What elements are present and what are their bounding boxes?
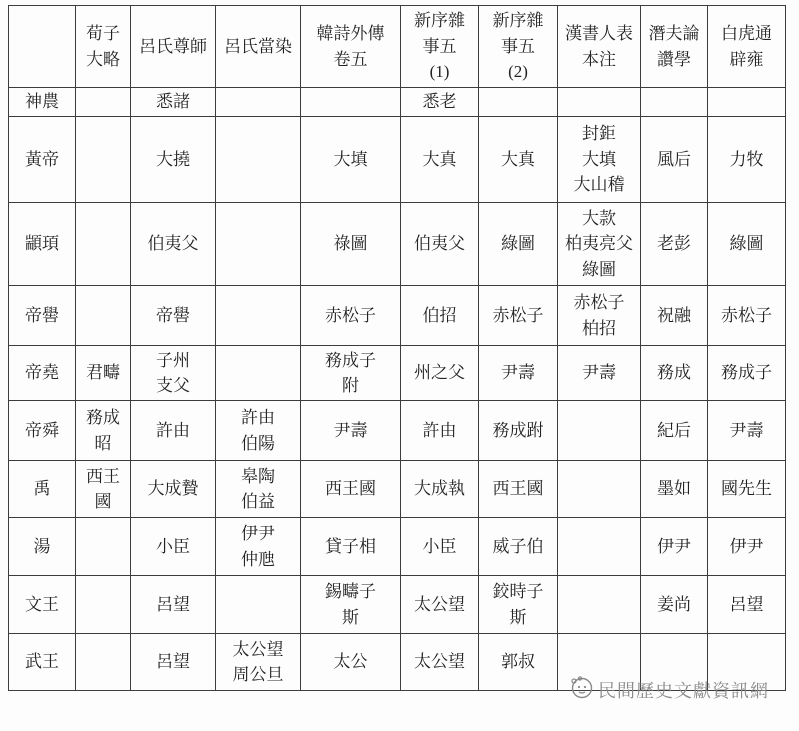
table-cell: 紀后: [641, 401, 708, 461]
table-cell: 赤松子: [301, 286, 401, 346]
table-cell: 郭叔: [479, 634, 558, 691]
table-row: 文王 呂望 錫疇子 斯 太公望 鉸時子 斯 姜尚 呂望: [9, 576, 786, 634]
table-cell: [641, 88, 708, 117]
table-body: 神農 悉諸 悉老 黃帝 大撓 大填 大真 大真 封鉅 大填 大山稽: [9, 88, 786, 691]
table-cell: 悉老: [401, 88, 479, 117]
row-header: 帝嚳: [9, 286, 76, 346]
table-cell: 呂望: [708, 576, 786, 634]
table-cell: 大真: [401, 117, 479, 203]
table-cell: [301, 88, 401, 117]
table-cell: 西王 國: [76, 461, 131, 518]
table-cell: 大款 柏夷亮父 綠圖: [558, 203, 641, 286]
table-cell: 尹壽: [301, 401, 401, 461]
column-header-hanshi-waizhuan: 韓詩外傳 卷五: [301, 6, 401, 88]
row-header: 帝堯: [9, 346, 76, 401]
header-row: 荀子 大略 呂氏尊師 呂氏當染 韓詩外傳 卷五 新序雜 事五 (1) 新序雜 事…: [9, 6, 786, 88]
row-header: 顓頊: [9, 203, 76, 286]
table-cell: [76, 88, 131, 117]
table-row: 帝舜 務成 昭 許由 許由 伯陽 尹壽 許由 務成跗 紀后 尹壽: [9, 401, 786, 461]
table-row: 黃帝 大撓 大填 大真 大真 封鉅 大填 大山稽 風后 力牧: [9, 117, 786, 203]
table-row: 帝嚳 帝嚳 赤松子 伯招 赤松子 赤松子 柏招 祝融 赤松子: [9, 286, 786, 346]
table-cell: [216, 286, 301, 346]
row-header: 武王: [9, 634, 76, 691]
table-cell: 貸子相: [301, 518, 401, 576]
row-header: 文王: [9, 576, 76, 634]
table-cell: 力牧: [708, 117, 786, 203]
table-cell: 州之父: [401, 346, 479, 401]
table-row: 禹 西王 國 大成贄 皋陶 伯益 西王國 大成執 西王國 墨如 國先生: [9, 461, 786, 518]
table-cell: [558, 401, 641, 461]
watermark-text: 民間歷史文獻資訊網: [598, 677, 769, 703]
table-cell: 祿圖: [301, 203, 401, 286]
table-cell: 務成子 附: [301, 346, 401, 401]
table-cell: 君疇: [76, 346, 131, 401]
table-cell: 許由 伯陽: [216, 401, 301, 461]
table-cell: [558, 88, 641, 117]
table-cell: [76, 634, 131, 691]
table-cell: 赤松子: [708, 286, 786, 346]
table-row: 湯 小臣 伊尹 仲虺 貸子相 小臣 威子伯 伊尹 伊尹: [9, 518, 786, 576]
table-cell: 伯夷父: [131, 203, 216, 286]
table-cell: 悉諸: [131, 88, 216, 117]
column-header-baihutong: 白虎通 辟雍: [708, 6, 786, 88]
column-header-xunzi: 荀子 大略: [76, 6, 131, 88]
table-cell: 西王國: [301, 461, 401, 518]
table-cell: 大成執: [401, 461, 479, 518]
column-header-xinxu-1: 新序雜 事五 (1): [401, 6, 479, 88]
table-cell: 老彭: [641, 203, 708, 286]
table-cell: 大成贄: [131, 461, 216, 518]
table-row: 帝堯 君疇 子州 支父 務成子 附 州之父 尹壽 尹壽 務成 務成子: [9, 346, 786, 401]
table-cell: 呂望: [131, 576, 216, 634]
column-header-hanshu-renbiao: 漢書人表 本注: [558, 6, 641, 88]
table-cell: [558, 518, 641, 576]
row-header: 黃帝: [9, 117, 76, 203]
table-cell: [216, 203, 301, 286]
table-cell: [479, 88, 558, 117]
table-cell: 姜尚: [641, 576, 708, 634]
column-header-lvshi-dangran: 呂氏當染: [216, 6, 301, 88]
table-cell: 墨如: [641, 461, 708, 518]
teachers-of-sage-kings-table: 荀子 大略 呂氏尊師 呂氏當染 韓詩外傳 卷五 新序雜 事五 (1) 新序雜 事…: [8, 5, 786, 691]
table-row: 神農 悉諸 悉老: [9, 88, 786, 117]
table-cell: 綠圖: [708, 203, 786, 286]
table-cell: [76, 576, 131, 634]
table-cell: 子州 支父: [131, 346, 216, 401]
table-cell: 大撓: [131, 117, 216, 203]
table-cell: 小臣: [131, 518, 216, 576]
table-cell: 風后: [641, 117, 708, 203]
table-cell: 伊尹: [708, 518, 786, 576]
document-page: 荀子 大略 呂氏尊師 呂氏當染 韓詩外傳 卷五 新序雜 事五 (1) 新序雜 事…: [0, 0, 799, 731]
table-cell: 綠圖: [479, 203, 558, 286]
table-cell: 鉸時子 斯: [479, 576, 558, 634]
table-cell: [76, 117, 131, 203]
table-cell: 國先生: [708, 461, 786, 518]
table-cell: 務成子: [708, 346, 786, 401]
table-cell: [76, 518, 131, 576]
table-cell: 務成: [641, 346, 708, 401]
table-cell: 許由: [131, 401, 216, 461]
column-header-xinxu-2: 新序雜 事五 (2): [479, 6, 558, 88]
table-cell: [216, 576, 301, 634]
table-cell: 務成跗: [479, 401, 558, 461]
table-cell: [708, 88, 786, 117]
table-cell: 大真: [479, 117, 558, 203]
table-cell: 太公望: [401, 576, 479, 634]
table-cell: 西王國: [479, 461, 558, 518]
row-header: 禹: [9, 461, 76, 518]
table-cell: 威子伯: [479, 518, 558, 576]
row-header: 湯: [9, 518, 76, 576]
corner-cell: [9, 6, 76, 88]
table-cell: [76, 203, 131, 286]
table-cell: 大填: [301, 117, 401, 203]
row-header: 帝舜: [9, 401, 76, 461]
table-cell: 太公: [301, 634, 401, 691]
row-header: 神農: [9, 88, 76, 117]
table-cell: 太公望: [401, 634, 479, 691]
column-header-qianfulun: 潛夫論 讚學: [641, 6, 708, 88]
table-cell: 錫疇子 斯: [301, 576, 401, 634]
table-cell: 太公望 周公旦: [216, 634, 301, 691]
table-cell: 祝融: [641, 286, 708, 346]
watermark: 民間歷史文獻資訊網: [568, 674, 769, 705]
table-cell: 尹壽: [558, 346, 641, 401]
table-cell: 伯夷父: [401, 203, 479, 286]
table-cell: 尹壽: [708, 401, 786, 461]
site-face-logo-icon: [568, 674, 594, 705]
table-cell: [216, 88, 301, 117]
table-cell: [216, 117, 301, 203]
table-cell: 許由: [401, 401, 479, 461]
table-cell: 務成 昭: [76, 401, 131, 461]
table-header: 荀子 大略 呂氏尊師 呂氏當染 韓詩外傳 卷五 新序雜 事五 (1) 新序雜 事…: [9, 6, 786, 88]
table-cell: 伯招: [401, 286, 479, 346]
column-header-lvshi-zunshi: 呂氏尊師: [131, 6, 216, 88]
table-cell: 伊尹: [641, 518, 708, 576]
table-cell: [558, 576, 641, 634]
table-cell: [558, 461, 641, 518]
table-cell: 皋陶 伯益: [216, 461, 301, 518]
table-cell: 赤松子 柏招: [558, 286, 641, 346]
table-cell: 赤松子: [479, 286, 558, 346]
table-cell: [216, 346, 301, 401]
table-cell: 小臣: [401, 518, 479, 576]
table-cell: 尹壽: [479, 346, 558, 401]
table-cell: 呂望: [131, 634, 216, 691]
table-row: 顓頊 伯夷父 祿圖 伯夷父 綠圖 大款 柏夷亮父 綠圖 老彭 綠圖: [9, 203, 786, 286]
table-cell: 帝嚳: [131, 286, 216, 346]
table-cell: 伊尹 仲虺: [216, 518, 301, 576]
table-cell: 封鉅 大填 大山稽: [558, 117, 641, 203]
table-cell: [76, 286, 131, 346]
